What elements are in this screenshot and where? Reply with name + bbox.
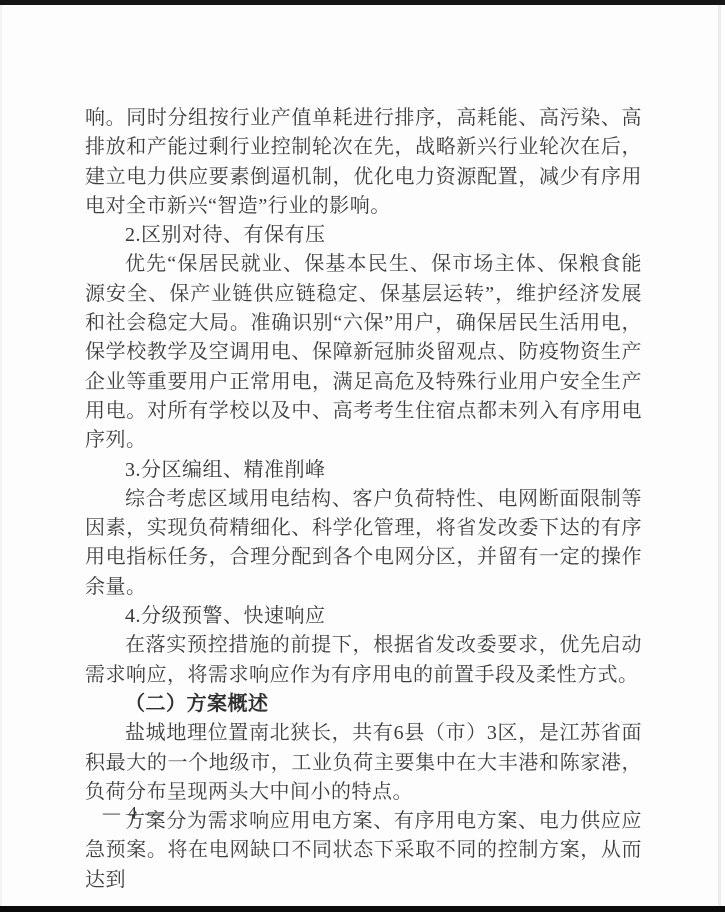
section-heading: 2.区别对待、有保有压	[85, 221, 642, 250]
paragraph: 优先“保居民就业、保基本民生、保市场主体、保粮食能源安全、保产业链供应链稳定、保…	[85, 250, 642, 455]
paragraph: 综合考虑区域用电结构、客户负荷特性、电网断面限制等因素，实现负荷精细化、科学化管…	[85, 485, 642, 602]
section-heading: 4.分级预警、快速响应	[85, 602, 642, 631]
paragraph: 响。同时分组按行业产值单耗进行排序，高耗能、高污染、高排放和产能过剩行业控制轮次…	[85, 104, 642, 221]
section-heading: 3.分区编组、精准削峰	[85, 456, 642, 485]
document-text-column: 响。同时分组按行业产值单耗进行排序，高耗能、高污染、高排放和产能过剩行业控制轮次…	[85, 104, 642, 895]
paragraph: 盐城地理位置南北狭长，共有6县（市）3区，是江苏省面积最大的一个地级市，工业负荷…	[85, 719, 642, 807]
paragraph: 方案分为需求响应用电方案、有序用电方案、电力供应应急预案。将在电网缺口不同状态下…	[85, 807, 642, 895]
subsection-heading: （二）方案概述	[85, 690, 642, 719]
scan-artifact-bottom-bar	[0, 906, 725, 912]
scan-artifact-right-edge	[718, 5, 721, 906]
scan-artifact-top-bar	[0, 0, 725, 5]
page-number: — 4 —	[103, 803, 164, 823]
paragraph: 在落实预控措施的前提下，根据省发改委要求，优先启动需求响应，将需求响应作为有序用…	[85, 631, 642, 690]
scanned-document-page: { "document": { "page_number": "— 4 —", …	[0, 0, 725, 912]
scan-artifact-left-edge	[0, 5, 2, 906]
